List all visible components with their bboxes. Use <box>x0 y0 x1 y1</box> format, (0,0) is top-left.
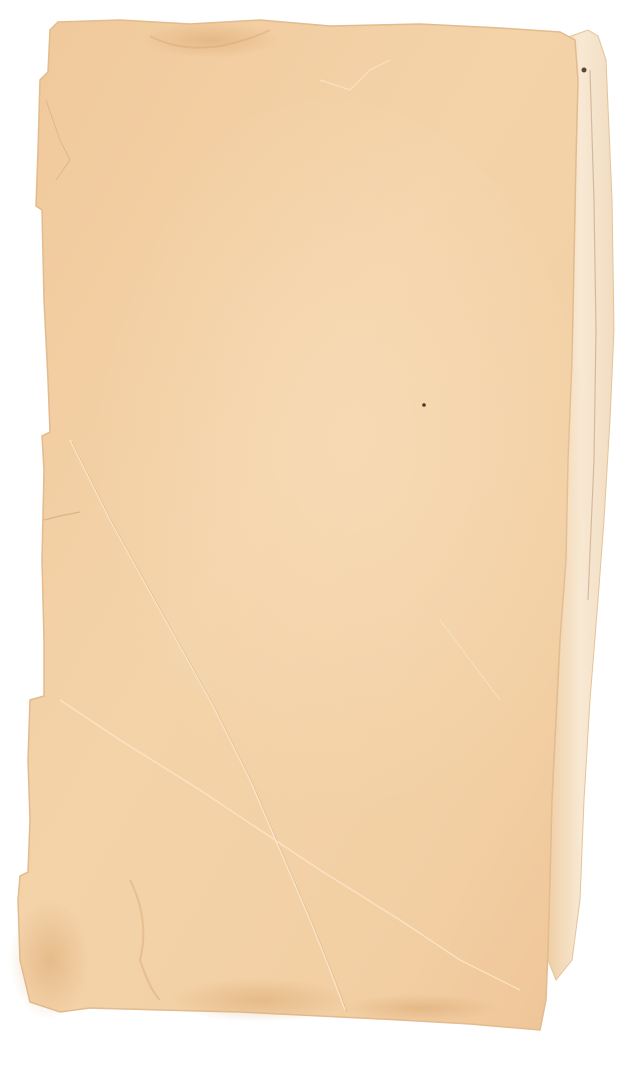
ink-speck <box>422 403 426 407</box>
water-stain-bottom-left <box>10 900 90 1020</box>
paper-light-area <box>70 100 590 860</box>
paper-photo-scene <box>0 0 635 1066</box>
water-stain-bottom-right <box>340 994 500 1022</box>
water-stain-bottom <box>170 978 350 1022</box>
aged-paper-graphic <box>0 0 635 1066</box>
ink-speck-top-right <box>582 68 587 73</box>
